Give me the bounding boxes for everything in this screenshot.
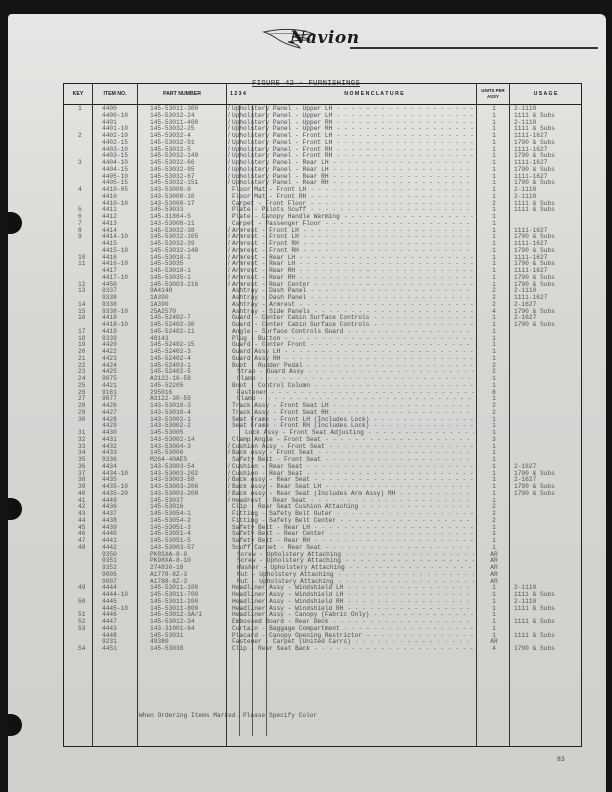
key-cell: 54 (78, 646, 98, 653)
table-row: 224424145-52403-1Boot - Rudder Pedal - -… (64, 363, 581, 370)
key-cell: 53 (78, 626, 98, 633)
leader-dots: - - - - - - - - - - - - - - - - - - - - … (400, 491, 474, 498)
leader-dots: - - - - - - - - - - - - - - - - - - - - … (310, 201, 474, 208)
leader-dots: - - - - - - - - - - - - - - - - - - - - … (299, 261, 474, 268)
leader-dots: - - - - - - - - - - - - - - - - - - - - … (314, 282, 474, 289)
table-row: 94414-10145-53032-105̸Armrest - Front LH… (64, 234, 581, 241)
table-row: 249075A3122-16-59Clamp - - - - - - - - -… (64, 376, 581, 383)
key-cell: 2 (78, 133, 98, 140)
leader-dots: - - - - - - - - - - - - - - - - - - - - … (329, 531, 474, 538)
leader-dots: - - - - - - - - - - - - - - - - - - - - … (318, 450, 474, 457)
leader-dots: - - - - - - - - - - - - - - - - - - - - … (348, 592, 474, 599)
leader-dots: - - - - - - - - - - - - - - - - - - - - … (310, 187, 474, 194)
table-row: 74413143-53008-11Carpet - Passenger Floo… (64, 221, 581, 228)
leader-dots: - - - - - - - - - - - - - - - - - - - - … (348, 599, 474, 606)
item-no-cell: 4451 (102, 646, 117, 653)
usage-cell: 1790 & Subs (514, 322, 555, 329)
units-per-assy-cell: 4 (480, 646, 508, 653)
usage-cell: 1111 & Subs (514, 619, 555, 626)
key-cell: 16 (78, 315, 98, 322)
leader-dots: - - - - - - - - - - - - - - - - - - - - … (303, 234, 474, 241)
col-header-usage: U S A G E (510, 84, 581, 104)
leader-dots: - - - - - - - - - - - - - - - - - - - - … (303, 228, 474, 235)
leader-dots: - - - - - - - - - - - - - - - - - - - - … (333, 180, 474, 187)
leader-dots: - - - - - - - - - - - - - - - - - - - - … (299, 255, 474, 262)
leader-dots: - - - - - - - - - - - - - - - - - - - - … (314, 477, 474, 484)
table-row: 344433145-53006̸Back Assy - Front Seat -… (64, 450, 581, 457)
table-row: 84414145-53032-38̸Armrest - Front LH - -… (64, 228, 581, 235)
leader-dots: - - - - - - - - - - - - - - - - - - - - … (271, 390, 474, 397)
leader-dots: - - - - - - - - - - - - - - - - - - - - … (374, 612, 474, 619)
usage-cell: 1790 & Subs (514, 491, 555, 498)
table-row: 234425145-52402-5Strap - Guard Assy - - … (64, 369, 581, 376)
table-row: 93381A390Ashtray - Dash Panel - - - - - … (64, 295, 581, 302)
leader-dots: - - - - - - - - - - - - - - - - - - - - … (284, 336, 474, 343)
table-row: 4410-10143-53008-17Carpet - Front Floor … (64, 201, 581, 208)
leader-dots: - - - - - - - - - - - - - - - - - - - - … (338, 579, 474, 586)
key-cell: 30 (78, 417, 98, 424)
table-row: 314430145-53005Lock Assy - Front Seat Ad… (64, 430, 581, 437)
leader-dots: - - - - - - - - - - - - - - - - - - - - … (349, 565, 474, 572)
table-row: 923149380Fastener - Carpet (United Carrs… (64, 639, 581, 646)
leader-dots: - - - - - - - - - - - - - - - - - - - - … (310, 288, 474, 295)
key-cell: 49 (78, 585, 98, 592)
table-row: 1493381A390Ashtray - Armrest - - - - - -… (64, 302, 581, 309)
parts-table: KEY ITEM NO. PART NUMBER 1 2 3 4 N O M E… (63, 83, 582, 747)
table-body: 14400145-53011-300̸Upholstery Panel - Up… (64, 106, 581, 653)
table-row: 114416-10145-53035̸Armrest - Rear LH - -… (64, 261, 581, 268)
table-row: 4415145-53032-39̸Armrest - Front RH - - … (64, 241, 581, 248)
col-header-nomenclature: N O M E N C L A T U R E (274, 84, 474, 104)
table-row: 544451145-53038Clip - Rear Seat Back - -… (64, 646, 581, 653)
table-row: 4417145-53018-1̸Armrest - Rear RH - - - … (64, 268, 581, 275)
table-row: 269161295016Fastener - - - - - - - - - -… (64, 390, 581, 397)
leader-dots: - - - - - - - - - - - - - - - - - - - - … (336, 147, 474, 154)
key-cell: 11 (78, 261, 98, 268)
table-row: 4405-15145-53032-151̸Upholstery Panel - … (64, 180, 581, 187)
table-row: 4415-10145-53032-148̸Armrest - Front RH … (64, 248, 581, 255)
leader-dots: - - - - - - - - - - - - - - - - - - - - … (310, 295, 474, 302)
leader-dots: - - - - - - - - - - - - - - - - - - - - … (374, 417, 474, 424)
usage-cell: 1111 & Subs (514, 606, 555, 613)
leader-dots: - - - - - - - - - - - - - - - - - - - - … (284, 349, 474, 356)
leader-dots: - - - - - - - - - - - - - - - - - - - - … (307, 464, 474, 471)
brand-logo-text: Navion (290, 28, 360, 48)
leader-dots: - - - - - - - - - - - - - - - - - - - - … (344, 626, 474, 633)
leader-dots: - - - - - - - - - - - - - - - - - - - - … (299, 302, 474, 309)
leader-dots: - - - - - - - - - - - - - - - - - - - - … (308, 369, 474, 376)
leader-dots: - - - - - - - - - - - - - - - - - - - - … (345, 552, 474, 559)
table-row: 1393379A4140Ashtray - Dash Panel - - - -… (64, 288, 581, 295)
table-row: 444438145-53054-2Fitting - Safety Belt C… (64, 518, 581, 525)
col-header-units: UNITS PER ASSY (477, 84, 509, 104)
leader-dots: - - - - - - - - - - - - - - - - - - - - … (338, 572, 474, 579)
key-cell: 3 (78, 160, 98, 167)
usage-cell: 1111 & Subs (514, 633, 555, 640)
table-row: 254421145-52205Boot - Control Column - -… (64, 383, 581, 390)
leader-dots: - - - - - - - - - - - - - - - - - - - - … (336, 126, 474, 133)
col-header-indent-levels: 1 2 3 4 (230, 84, 270, 104)
leader-dots: - - - - - - - - - - - - - - - - - - - - … (336, 511, 474, 518)
leader-dots: - - - - - - - - - - - - - - - - - - - - … (314, 383, 474, 390)
leader-dots: - - - - - - - - - - - - - - - - - - - - … (307, 471, 474, 478)
leader-dots: - - - - - - - - - - - - - - - - - - - - … (333, 403, 474, 410)
table-row: 214423145-52402-4Guard Assy RH - - - - -… (64, 356, 581, 363)
table-row: 44410-05143-53008-9Floor Mat - Front LH … (64, 187, 581, 194)
leader-dots: - - - - - - - - - - - - - - - - - - - - … (340, 518, 474, 525)
leader-dots: - - - - - - - - - - - - - - - - - - - - … (374, 423, 474, 430)
header-rule (350, 47, 598, 49)
col-header-key: KEY (64, 84, 92, 104)
key-cell: 9 (78, 234, 98, 241)
key-cell: 48 (78, 545, 98, 552)
table-row: 384435143-53003-58̸Back Assy - Rear Seat… (64, 477, 581, 484)
leader-dots: - - - - - - - - - - - - - - - - - - - - … (307, 363, 474, 370)
leader-dots: - - - - - - - - - - - - - - - - - - - - … (333, 167, 474, 174)
leader-dots: - - - - - - - - - - - - - - - - - - - - … (336, 113, 474, 120)
key-cell: 13 (78, 288, 98, 295)
leader-dots: - - - - - - - - - - - - - - - - - - - - … (325, 437, 474, 444)
footer-note: When Ordering Items Marked ̸ Please Spec… (139, 712, 317, 719)
leader-dots: - - - - - - - - - - - - - - - - - - - - … (348, 329, 474, 336)
leader-dots: - - - - - - - - - - - - - - - - - - - - … (336, 153, 474, 160)
table-row: 4410143-53008-10Floor Mat - Front RH - -… (64, 194, 581, 201)
leader-dots: - - - - - - - - - - - - - - - - - - - - … (348, 585, 474, 592)
leader-dots: - - - - - - - - - - - - - - - - - - - - … (284, 356, 474, 363)
leader-dots: - - - - - - - - - - - - - - - - - - - - … (344, 214, 474, 221)
table-row: 464440145-53051-4Safety Belt - Rear Cent… (64, 531, 581, 538)
leader-dots: - - - - - - - - - - - - - - - - - - - - … (355, 639, 474, 646)
leader-dots: - - - - - - - - - - - - - - - - - - - - … (333, 619, 474, 626)
page-number: 83 (557, 756, 565, 763)
punch-hole (8, 498, 22, 520)
leader-dots: - - - - - - - - - - - - - - - - - - - - … (303, 248, 474, 255)
leader-dots: - - - - - - - - - - - - - - - - - - - - … (362, 504, 474, 511)
leader-dots: - - - - - - - - - - - - - - - - - - - - … (329, 444, 474, 451)
leader-dots: - - - - - - - - - - - - - - - - - - - - … (366, 633, 474, 640)
leader-dots: - - - - - - - - - - - - - - - - - - - - … (333, 160, 474, 167)
table-header: KEY ITEM NO. PART NUMBER 1 2 3 4 N O M E… (64, 84, 581, 105)
table-row: 4417-10145-53035-1̸Armrest - Rear RH - -… (64, 275, 581, 282)
leader-dots: - - - - - - - - - - - - - - - - - - - - … (336, 120, 474, 127)
leader-dots: - - - - - - - - - - - - - - - - - - - - … (333, 174, 474, 181)
usage-cell: 1790 & Subs (514, 646, 555, 653)
leader-dots: - - - - - - - - - - - - - - - - - - - - … (325, 545, 474, 552)
leader-dots: - - - - - - - - - - - - - - - - - - - - … (299, 275, 474, 282)
leader-dots: - - - - - - - - - - - - - - - - - - - - … (336, 106, 474, 113)
leader-dots: - - - - - - - - - - - - - - - - - - - - … (310, 342, 474, 349)
table-row: 104416145-53018-2̸Armrest - Rear LH - - … (64, 255, 581, 262)
leader-dots: - - - - - - - - - - - - - - - - - - - - … (325, 457, 474, 464)
leader-dots: - - - - - - - - - - - - - - - - - - - - … (345, 558, 474, 565)
leader-dots: - - - - - - - - - - - - - - - - - - - - … (314, 646, 474, 653)
nomenclature-cell: Clip - Rear Seat Back (232, 646, 310, 653)
key-cell: 50 (78, 599, 98, 606)
usage-cell: 1111 & Subs (514, 207, 555, 214)
table-row: 64412145-31864-5Plate - Canopy Handle Wa… (64, 214, 581, 221)
punch-hole (8, 714, 22, 736)
leader-dots: - - - - - - - - - - - - - - - - - - - - … (314, 525, 474, 532)
table-row: 124450145-53003-216̸Armrest - Rear Cente… (64, 282, 581, 289)
leader-dots: - - - - - - - - - - - - - - - - - - - - … (303, 241, 474, 248)
table-row: 359336M264-40AESSafety Belt - Front Seat… (64, 457, 581, 464)
key-cell: 4 (78, 187, 98, 194)
table-row: 334432143-53004-3̸Cushion Assy - Front S… (64, 444, 581, 451)
table-row: 18933948143Plug - Button - - - - - - - -… (64, 336, 581, 343)
part-number-cell: 145-53038 (150, 646, 183, 653)
leader-dots: - - - - - - - - - - - - - - - - - - - - … (336, 133, 474, 140)
table-row: 404435-20143-53003-208̸Back Assy - Rear … (64, 491, 581, 498)
key-cell: 1 (78, 106, 98, 113)
table-row: 364434143-53003-54̸Cushion - Rear Seat -… (64, 464, 581, 471)
leader-dots: - - - - - - - - - - - - - - - - - - - - … (314, 538, 474, 545)
table-row: 174419145-52402-11Angle - Surface Contro… (64, 329, 581, 336)
leader-dots: - - - - - - - - - - - - - - - - - - - - … (368, 430, 474, 437)
leader-dots: - - - - - - - - - - - - - - - - - - - - … (374, 322, 474, 329)
leader-dots: - - - - - - - - - - - - - - - - - - - - … (325, 221, 474, 228)
col-header-item-no: ITEM NO. (93, 84, 137, 104)
leader-dots: - - - - - - - - - - - - - - - - - - - - … (299, 268, 474, 275)
table-row: 374434-10143-53003-202̸Cushion - Rear Se… (64, 471, 581, 478)
table-row: 474441145-53051-5Safety Belt - Rear RH -… (64, 538, 581, 545)
col-header-part-number: PART NUMBER (138, 84, 226, 104)
table-row: 204422145-52402-3Guard Assy LH - - - - -… (64, 349, 581, 356)
leader-dots: - - - - - - - - - - - - - - - - - - - - … (374, 315, 474, 322)
leader-dots: - - - - - - - - - - - - - - - - - - - - … (336, 140, 474, 147)
table-row: 194420145-52402-15Guard - Center Front -… (64, 342, 581, 349)
leader-dots: - - - - - - - - - - - - - - - - - - - - … (310, 194, 474, 201)
punch-hole (8, 212, 22, 234)
